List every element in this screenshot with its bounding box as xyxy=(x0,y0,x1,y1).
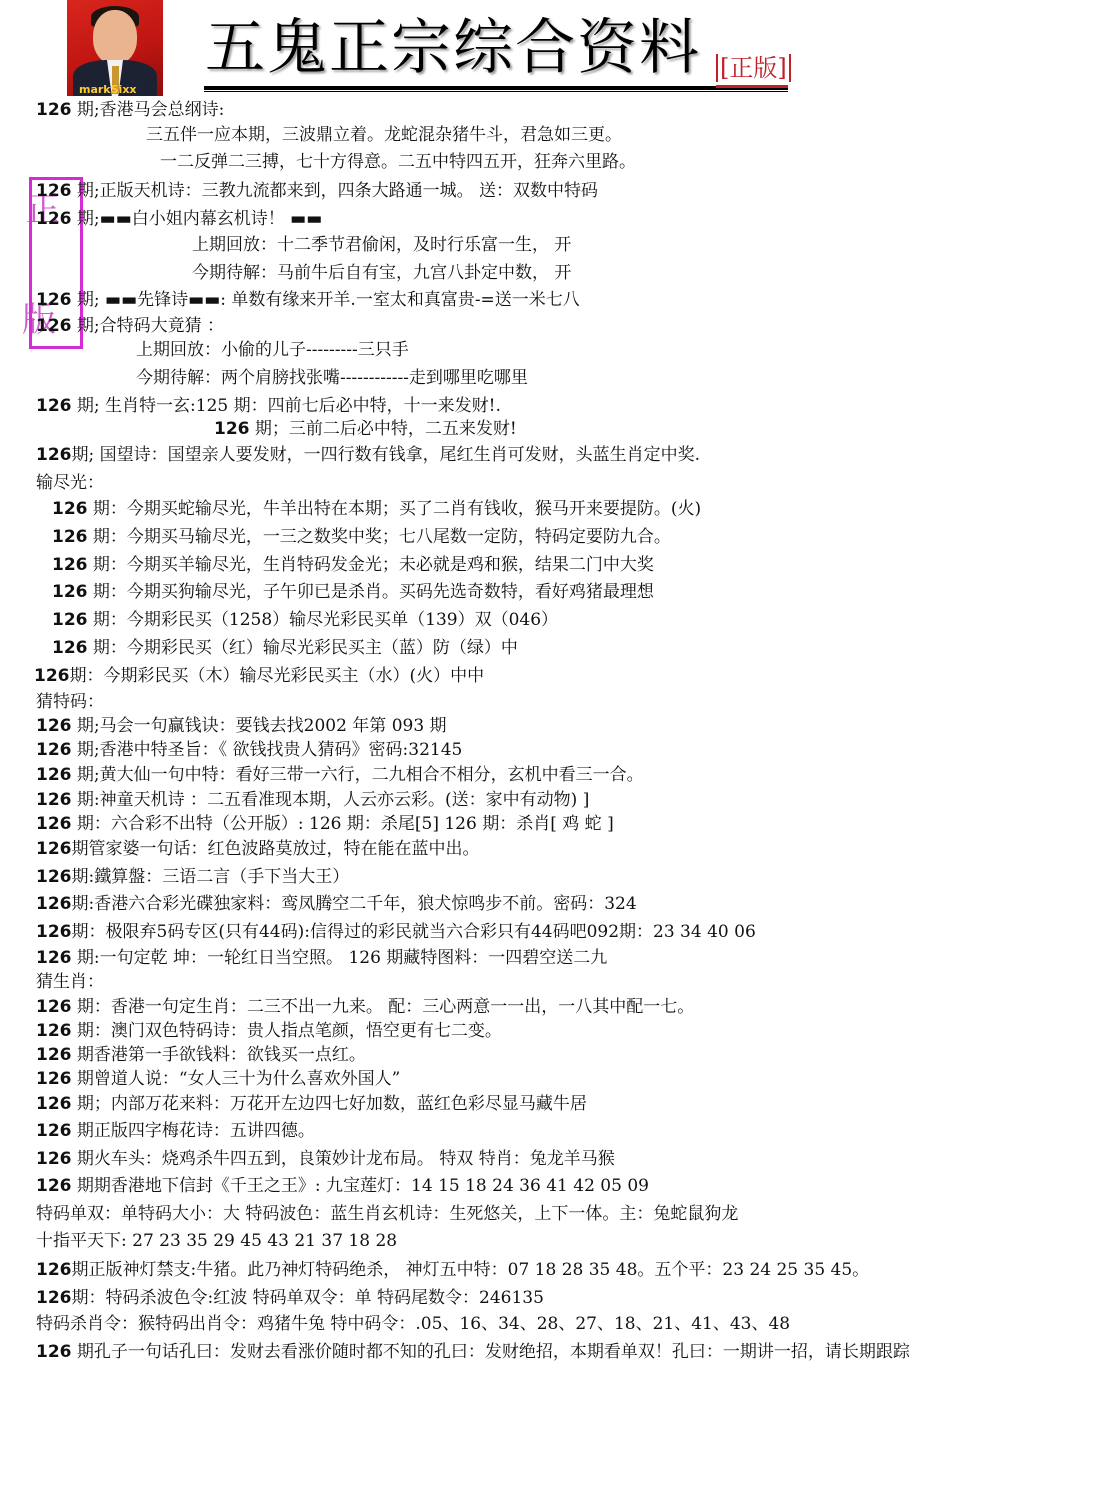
line-text: 期管家婆一句话：红色波路莫放过，特在能在蓝中出。 xyxy=(72,839,480,859)
period-number: 126 xyxy=(52,555,88,575)
period-number: 126 xyxy=(36,1069,72,1089)
line-text: 期;▬▬白小姐内幕玄机诗！ ▬▬ xyxy=(72,209,323,229)
period-number: 126 xyxy=(36,1176,72,1196)
text-line: 126 期期香港地下信封《千王之王》: 九宝莲灯：14 15 18 24 36 … xyxy=(36,1175,649,1197)
period-number: 126 xyxy=(52,610,88,630)
period-number: 126 xyxy=(52,582,88,602)
line-text: 期孔子一句话孔曰：发财去看涨价随时都不知的孔曰：发财绝招，本期看单双！孔曰：一期… xyxy=(72,1342,910,1362)
text-line: 126 期:一句定乾 坤：一轮红日当空照。 126 期藏特图料：一四碧空送二九 xyxy=(36,947,607,969)
line-text: 期：香港一句定生肖：二三不出一九来。 配：三心两意一一出，一八其中配一七。 xyxy=(72,997,695,1017)
line-text: 期; 国望诗：国望亲人要发财，一四行数有钱拿，尾红生肖可发财，头蓝生肖定中奖. xyxy=(72,445,701,465)
period-number: 126 xyxy=(36,445,72,465)
text-line: 126期：今期彩民买（木）输尽光彩民买主（水）(火）中中 xyxy=(34,665,484,687)
text-line: 一二反弹二三搏，七十方得意。二五中特四五开，狂奔六里路。 xyxy=(160,151,636,173)
title-underline-thin xyxy=(204,91,788,92)
period-number: 126 xyxy=(36,100,72,120)
line-text: 期;香港中特圣旨：《 欲钱找贵人猜码》密码:32145 xyxy=(72,740,463,760)
line-text: 期火车头：烧鸡杀牛四五到，良策妙计龙布局。 特双 特肖：兔龙羊马猴 xyxy=(72,1149,615,1169)
period-number: 126 xyxy=(36,396,72,416)
text-line: 126 期火车头：烧鸡杀牛四五到，良策妙计龙布局。 特双 特肖：兔龙羊马猴 xyxy=(36,1148,615,1170)
text-line: 126 期：澳门双色特码诗：贵人指点笔颜，悟空更有七二变。 xyxy=(36,1020,502,1042)
photo-brand-text: markSixx xyxy=(79,83,137,96)
text-line: 126 期;合特码大竟猜 ： xyxy=(36,315,224,337)
line-text: 期; ▬▬先锋诗▬▬: 单数有缘来开羊.一室太和真富贵-=送一米七八 xyxy=(72,290,580,310)
period-number: 126 xyxy=(36,1045,72,1065)
period-number: 126 xyxy=(36,765,72,785)
line-text: 今期待解：马前牛后自有宝，九宫八卦定中数， 开 xyxy=(192,263,571,283)
period-number: 126 xyxy=(36,894,72,914)
text-line: 猜特码： xyxy=(36,691,104,713)
line-text: 期：今期买羊输尽光，生肖特码发金光；未必就是鸡和猴，结果二门中大奖 xyxy=(88,555,654,575)
line-text: 期：今期买马输尽光，一三之数奖中奖；七八尾数一定防，特码定要防九合。 xyxy=(88,527,671,547)
text-line: 输尽光： xyxy=(36,472,104,494)
text-line: 126 期；三前二后必中特，二五来发财! xyxy=(214,418,517,440)
line-text: 期：澳门双色特码诗：贵人指点笔颜，悟空更有七二变。 xyxy=(72,1021,502,1041)
text-line: 126 期;香港中特圣旨：《 欲钱找贵人猜码》密码:32145 xyxy=(36,739,462,761)
period-number: 126 xyxy=(36,790,72,810)
period-number: 126 xyxy=(36,716,72,736)
line-text: 期香港第一手欲钱料：欲钱买一点红。 xyxy=(72,1045,366,1065)
line-text: 特码单双：单特码大小：大 特码波色：蓝生肖玄机诗：生死悠关，上下一体。主：兔蛇鼠… xyxy=(36,1204,738,1224)
text-line: 126期：特码杀波色令:红波 特码单双令：单 特码尾数令：246135 xyxy=(36,1287,544,1309)
period-number: 126 xyxy=(36,948,72,968)
line-text: 期:鐵算盤：三语二言（手下当大王） xyxy=(72,867,350,887)
text-line: 126 期正版四字梅花诗：五讲四德。 xyxy=(36,1120,315,1142)
period-number: 126 xyxy=(36,290,72,310)
line-text: 期:神童天机诗 ：二五看准现本期，人云亦云彩。(送：家中有动物) ] xyxy=(72,790,590,810)
line-text: 期曾道人说：“女人三十为什么喜欢外国人” xyxy=(72,1069,401,1089)
line-text: 期：今期彩民买（木）输尽光彩民买主（水）(火）中中 xyxy=(70,666,485,686)
text-line: 126 期：今期买狗输尽光，子午卯已是杀肖。买码先选奇数特，看好鸡猪最理想 xyxy=(52,581,654,603)
text-line: 126期正版神灯禁支:牛猪。此乃神灯特码绝杀， 神灯五中特：07 18 28 3… xyxy=(36,1259,869,1281)
text-line: 126 期; 生肖特一玄:125 期：四前七后必中特，十一来发财!. xyxy=(36,395,501,417)
text-line: 特码杀肖令：猴特码出肖令：鸡猪牛兔 特中码令：.05、16、34、28、27、1… xyxy=(36,1313,790,1335)
photo-face xyxy=(93,10,137,64)
line-text: 期：今期彩民买（1258）输尽光彩民买单（139）双（046） xyxy=(88,610,559,630)
line-text: 期：极限弃5码专区(只有44码):信得过的彩民就当六合彩只有44码吧092期：2… xyxy=(72,922,756,942)
line-text: 期；内部万花来料：万花开左边四七好加数，蓝红色彩尽显马藏牛居 xyxy=(72,1094,587,1114)
text-line: 126 期：今期彩民买（红）输尽光彩民买主（蓝）防（绿）中 xyxy=(52,637,518,659)
period-number: 126 xyxy=(36,814,72,834)
line-text: 十指平天下: 27 23 35 29 45 43 21 37 18 28 xyxy=(36,1231,397,1251)
text-line: 126 期曾道人说：“女人三十为什么喜欢外国人” xyxy=(36,1068,400,1090)
line-text: 期;马会一句赢钱诀：要钱去找2002 年第 093 期 xyxy=(72,716,447,736)
page-title: 五鬼正宗综合资料 xyxy=(205,12,701,84)
line-text: 一二反弹二三搏，七十方得意。二五中特四五开，狂奔六里路。 xyxy=(160,152,636,172)
period-number: 126 xyxy=(36,1149,72,1169)
period-number: 126 xyxy=(36,1260,72,1280)
line-text: 期期香港地下信封《千王之王》: 九宝莲灯：14 15 18 24 36 41 4… xyxy=(72,1176,649,1196)
line-text: 期正版神灯禁支:牛猪。此乃神灯特码绝杀， 神灯五中特：07 18 28 35 4… xyxy=(72,1260,870,1280)
line-text: 输尽光： xyxy=(36,473,104,493)
text-line: 126 期孔子一句话孔曰：发财去看涨价随时都不知的孔曰：发财绝招，本期看单双！孔… xyxy=(36,1341,910,1363)
period-number: 126 xyxy=(34,666,70,686)
line-text: 猜生肖： xyxy=(36,972,104,992)
line-text: 期;黄大仙一句中特：看好三带一六行，二九相合不相分，玄机中看三一合。 xyxy=(72,765,644,785)
line-text: 猜特码： xyxy=(36,692,104,712)
text-line: 126 期; ▬▬先锋诗▬▬: 单数有缘来开羊.一室太和真富贵-=送一米七八 xyxy=(36,289,580,311)
text-line: 126 期;▬▬白小姐内幕玄机诗！ ▬▬ xyxy=(36,208,322,230)
text-line: 126 期香港第一手欲钱料：欲钱买一点红。 xyxy=(36,1044,366,1066)
text-line: 126 期：今期买羊输尽光，生肖特码发金光；未必就是鸡和猴，结果二门中大奖 xyxy=(52,554,654,576)
text-line: 上期回放：小偷的儿子---------三只手 xyxy=(136,339,409,361)
period-number: 126 xyxy=(36,1342,72,1362)
line-text: 期：特码杀波色令:红波 特码单双令：单 特码尾数令：246135 xyxy=(72,1288,544,1308)
period-number: 126 xyxy=(36,867,72,887)
period-number: 126 xyxy=(52,638,88,658)
line-text: 期:一句定乾 坤：一轮红日当空照。 126 期藏特图料：一四碧空送二九 xyxy=(72,948,608,968)
text-line: 三五伴一应本期，三波鼎立着。龙蛇混杂猪牛斗，君急如三更。 xyxy=(146,124,622,146)
line-text: 期; 生肖特一玄:125 期：四前七后必中特，十一来发财!. xyxy=(72,396,501,416)
line-text: 期：今期买狗输尽光，子午卯已是杀肖。买码先选奇数特，看好鸡猪最理想 xyxy=(88,582,654,602)
line-text: 三五伴一应本期，三波鼎立着。龙蛇混杂猪牛斗，君急如三更。 xyxy=(146,125,622,145)
line-text: 特码杀肖令：猴特码出肖令：鸡猪牛兔 特中码令：.05、16、34、28、27、1… xyxy=(36,1314,790,1334)
line-text: 期;合特码大竟猜 ： xyxy=(72,316,225,336)
text-line: 126期:鐵算盤：三语二言（手下当大王） xyxy=(36,866,349,888)
text-line: 126期管家婆一句话：红色波路莫放过，特在能在蓝中出。 xyxy=(36,838,480,860)
text-line: 126 期;黄大仙一句中特：看好三带一六行，二九相合不相分，玄机中看三一合。 xyxy=(36,764,644,786)
period-number: 126 xyxy=(36,181,72,201)
official-badge: [正版] xyxy=(716,54,791,82)
badge-underline xyxy=(716,85,788,88)
text-line: 上期回放：十二季节君偷闲，及时行乐富一生， 开 xyxy=(192,234,571,256)
text-line: 126 期：香港一句定生肖：二三不出一九来。 配：三心两意一一出，一八其中配一七… xyxy=(36,996,694,1018)
period-number: 126 xyxy=(36,1094,72,1114)
text-line: 126 期：六合彩不出特（公开版）: 126 期：杀尾[5] 126 期：杀肖[… xyxy=(36,813,614,835)
text-line: 126 期;香港马会总纲诗: xyxy=(36,99,224,121)
text-line: 126 期;正版天机诗：三教九流都来到，四条大路通一城。 送：双数中特码 xyxy=(36,180,598,202)
text-line: 126期:香港六合彩光碟独家料：鸾凤腾空二千年，狼犬惊鸣步不前。密码：324 xyxy=(36,893,637,915)
title-underline xyxy=(204,86,788,90)
period-number: 126 xyxy=(36,997,72,1017)
host-photo: markSixx xyxy=(67,0,163,96)
period-number: 126 xyxy=(36,839,72,859)
period-number: 126 xyxy=(36,1021,72,1041)
period-number: 126 xyxy=(36,316,72,336)
text-line: 126 期;马会一句赢钱诀：要钱去找2002 年第 093 期 xyxy=(36,715,447,737)
line-text: 期:香港六合彩光碟独家料：鸾凤腾空二千年，狼犬惊鸣步不前。密码：324 xyxy=(72,894,637,914)
text-line: 126期：极限弃5码专区(只有44码):信得过的彩民就当六合彩只有44码吧092… xyxy=(36,921,756,943)
text-line: 126 期：今期买马输尽光，一三之数奖中奖；七八尾数一定防，特码定要防九合。 xyxy=(52,526,671,548)
line-text: 期;香港马会总纲诗: xyxy=(72,100,225,120)
text-line: 今期待解：马前牛后自有宝，九宫八卦定中数， 开 xyxy=(192,262,571,284)
line-text: 今期待解：两个肩膀找张嘴------------走到哪里吃哪里 xyxy=(136,368,528,388)
text-line: 今期待解：两个肩膀找张嘴------------走到哪里吃哪里 xyxy=(136,367,528,389)
text-line: 十指平天下: 27 23 35 29 45 43 21 37 18 28 xyxy=(36,1230,397,1252)
period-number: 126 xyxy=(36,209,72,229)
period-number: 126 xyxy=(36,1121,72,1141)
period-number: 126 xyxy=(52,527,88,547)
line-text: 上期回放：十二季节君偷闲，及时行乐富一生， 开 xyxy=(192,235,571,255)
text-line: 126 期：今期彩民买（1258）输尽光彩民买单（139）双（046） xyxy=(52,609,558,631)
period-number: 126 xyxy=(214,419,250,439)
line-text: 期：今期彩民买（红）输尽光彩民买主（蓝）防（绿）中 xyxy=(88,638,518,658)
line-text: 上期回放：小偷的儿子---------三只手 xyxy=(136,340,409,360)
text-line: 猜生肖： xyxy=(36,971,104,993)
text-line: 126 期；内部万花来料：万花开左边四七好加数，蓝红色彩尽显马藏牛居 xyxy=(36,1093,587,1115)
text-line: 126期; 国望诗：国望亲人要发财，一四行数有钱拿，尾红生肖可发财，头蓝生肖定中… xyxy=(36,444,700,466)
line-text: 期：今期买蛇输尽光，牛羊出特在本期；买了二肖有钱收，猴马开来要提防。(火) xyxy=(88,499,702,519)
line-text: 期正版四字梅花诗：五讲四德。 xyxy=(72,1121,315,1141)
period-number: 126 xyxy=(36,1288,72,1308)
line-text: 期;正版天机诗：三教九流都来到，四条大路通一城。 送：双数中特码 xyxy=(72,181,599,201)
period-number: 126 xyxy=(36,740,72,760)
text-line: 126 期:神童天机诗 ：二五看准现本期，人云亦云彩。(送：家中有动物) ] xyxy=(36,789,589,811)
period-number: 126 xyxy=(52,499,88,519)
text-line: 特码单双：单特码大小：大 特码波色：蓝生肖玄机诗：生死悠关，上下一体。主：兔蛇鼠… xyxy=(36,1203,738,1225)
period-number: 126 xyxy=(36,922,72,942)
text-line: 126 期：今期买蛇输尽光，牛羊出特在本期；买了二肖有钱收，猴马开来要提防。(火… xyxy=(52,498,701,520)
line-text: 期；三前二后必中特，二五来发财! xyxy=(250,419,517,439)
line-text: 期：六合彩不出特（公开版）: 126 期：杀尾[5] 126 期：杀肖[ 鸡 蛇… xyxy=(72,814,614,834)
